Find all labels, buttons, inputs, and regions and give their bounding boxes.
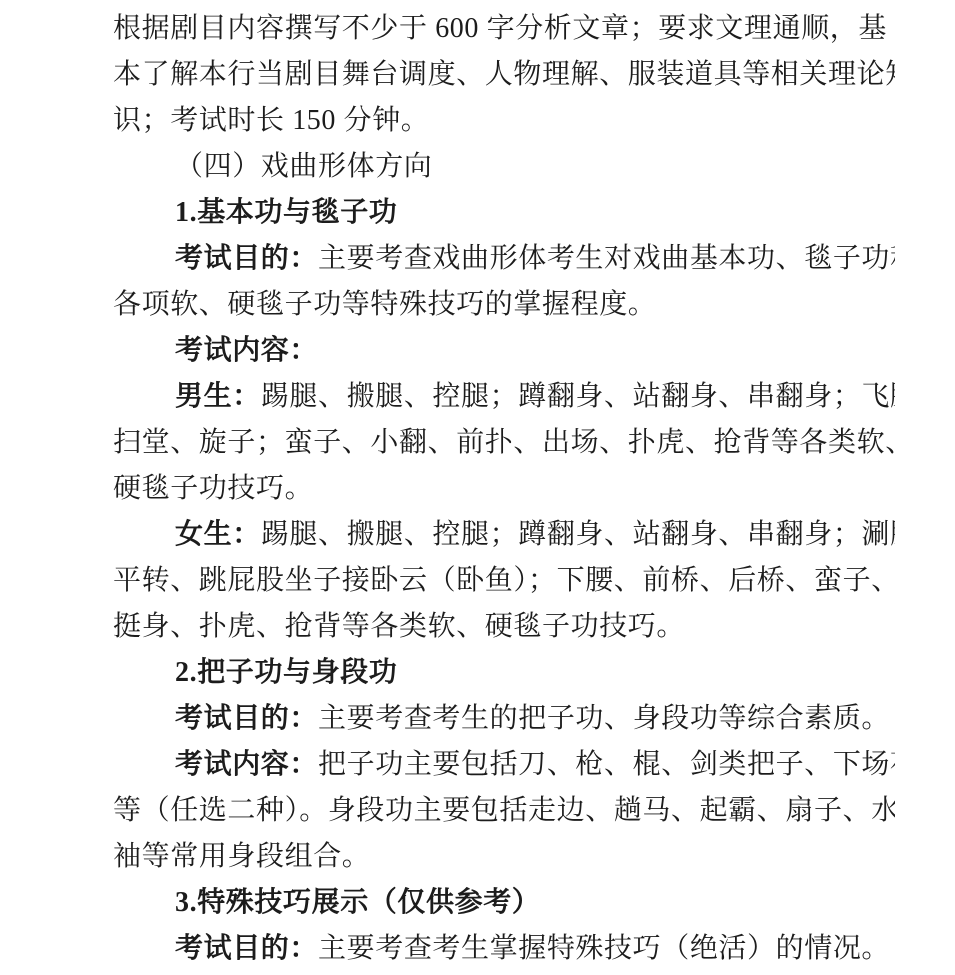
paragraph-line: 等（任选二种）。身段功主要包括走边、趟马、起霸、扇子、水 [113,788,895,834]
paragraph-line: 考试内容：把子功主要包括刀、枪、棍、剑类把子、下场花 [113,742,895,788]
field-label: 考试内容： [175,749,318,780]
subsection-heading: 2.把子功与身段功 [113,650,895,696]
subsection-heading-text: 1.基本功与毯子功 [175,197,397,228]
paragraph-line: 根据剧目内容撰写不少于 600 字分析文章；要求文理通顺，基 [113,6,895,52]
body-text: 踢腿、搬腿、控腿；蹲翻身、站翻身、串翻身；飞脚、 [261,381,895,412]
body-text: 硬毯子功技巧。 [113,473,313,504]
body-text: 根据剧目内容撰写不少于 600 字分析文章；要求文理通顺，基 [113,13,887,44]
field-label: 考试内容： [175,335,318,366]
paragraph-line: 袖等常用身段组合。 [113,834,895,880]
body-text: 主要考查考生掌握特殊技巧（绝活）的情况。 [318,933,890,964]
body-text: 主要考查考生的把子功、身段功等综合素质。 [318,703,890,734]
paragraph-line: 考试内容： [113,328,895,374]
field-label: 考试目的： [175,933,318,964]
body-text: 等（任选二种）。身段功主要包括走边、趟马、起霸、扇子、水 [113,795,895,826]
paragraph-line: 识；考试时长 150 分钟。 [113,98,895,144]
body-text: 袖等常用身段组合。 [113,841,370,872]
subsection-heading-text: 2.把子功与身段功 [175,657,397,688]
body-text: 扫堂、旋子；蛮子、小翻、前扑、出场、扑虎、抢背等各类软、 [113,427,895,458]
section-heading-text: （四）戏曲形体方向 [175,151,432,182]
paragraph-line: 考试目的：主要考查戏曲形体考生对戏曲基本功、毯子功和 [113,236,895,282]
paragraph-line: 硬毯子功技巧。 [113,466,895,512]
paragraph-line: 考试目的：主要考查考生的把子功、身段功等综合素质。 [113,696,895,742]
paragraph-line: 挺身、扑虎、抢背等各类软、硬毯子功技巧。 [113,604,895,650]
paragraph-line: 考试目的：主要考查考生掌握特殊技巧（绝活）的情况。 [113,926,895,972]
body-text: 平转、跳屁股坐子接卧云（卧鱼）；下腰、前桥、后桥、蛮子、 [113,565,895,596]
paragraph-line: 男生：踢腿、搬腿、控腿；蹲翻身、站翻身、串翻身；飞脚、 [113,374,895,420]
field-label: 考试目的： [175,703,318,734]
subsection-heading-text: 3.特殊技巧展示（仅供参考） [175,887,540,918]
paragraph-line: 平转、跳屁股坐子接卧云（卧鱼）；下腰、前桥、后桥、蛮子、 [113,558,895,604]
field-label: 考试目的： [175,243,318,274]
document-page: 根据剧目内容撰写不少于 600 字分析文章；要求文理通顺，基 本了解本行当剧目舞… [0,0,955,975]
field-label: 女生： [175,519,261,550]
body-text: 把子功主要包括刀、枪、棍、剑类把子、下场花 [318,749,895,780]
field-label: 男生： [175,381,261,412]
paragraph-line: 本了解本行当剧目舞台调度、人物理解、服装道具等相关理论知 [113,52,895,98]
body-text: 主要考查戏曲形体考生对戏曲基本功、毯子功和 [318,243,895,274]
paragraph-line: 扫堂、旋子；蛮子、小翻、前扑、出场、扑虎、抢背等各类软、 [113,420,895,466]
body-text: 各项软、硬毯子功等特殊技巧的掌握程度。 [113,289,656,320]
subsection-heading: 1.基本功与毯子功 [113,190,895,236]
subsection-heading: 3.特殊技巧展示（仅供参考） [113,880,895,926]
paragraph-line: 女生：踢腿、搬腿、控腿；蹲翻身、站翻身、串翻身；涮腰、 [113,512,895,558]
paragraph-line: 各项软、硬毯子功等特殊技巧的掌握程度。 [113,282,895,328]
body-text: 本了解本行当剧目舞台调度、人物理解、服装道具等相关理论知 [113,59,895,90]
body-text: 识；考试时长 150 分钟。 [113,105,429,136]
body-text: 踢腿、搬腿、控腿；蹲翻身、站翻身、串翻身；涮腰、 [261,519,895,550]
body-text: 挺身、扑虎、抢背等各类软、硬毯子功技巧。 [113,611,685,642]
section-heading: （四）戏曲形体方向 [113,144,895,190]
